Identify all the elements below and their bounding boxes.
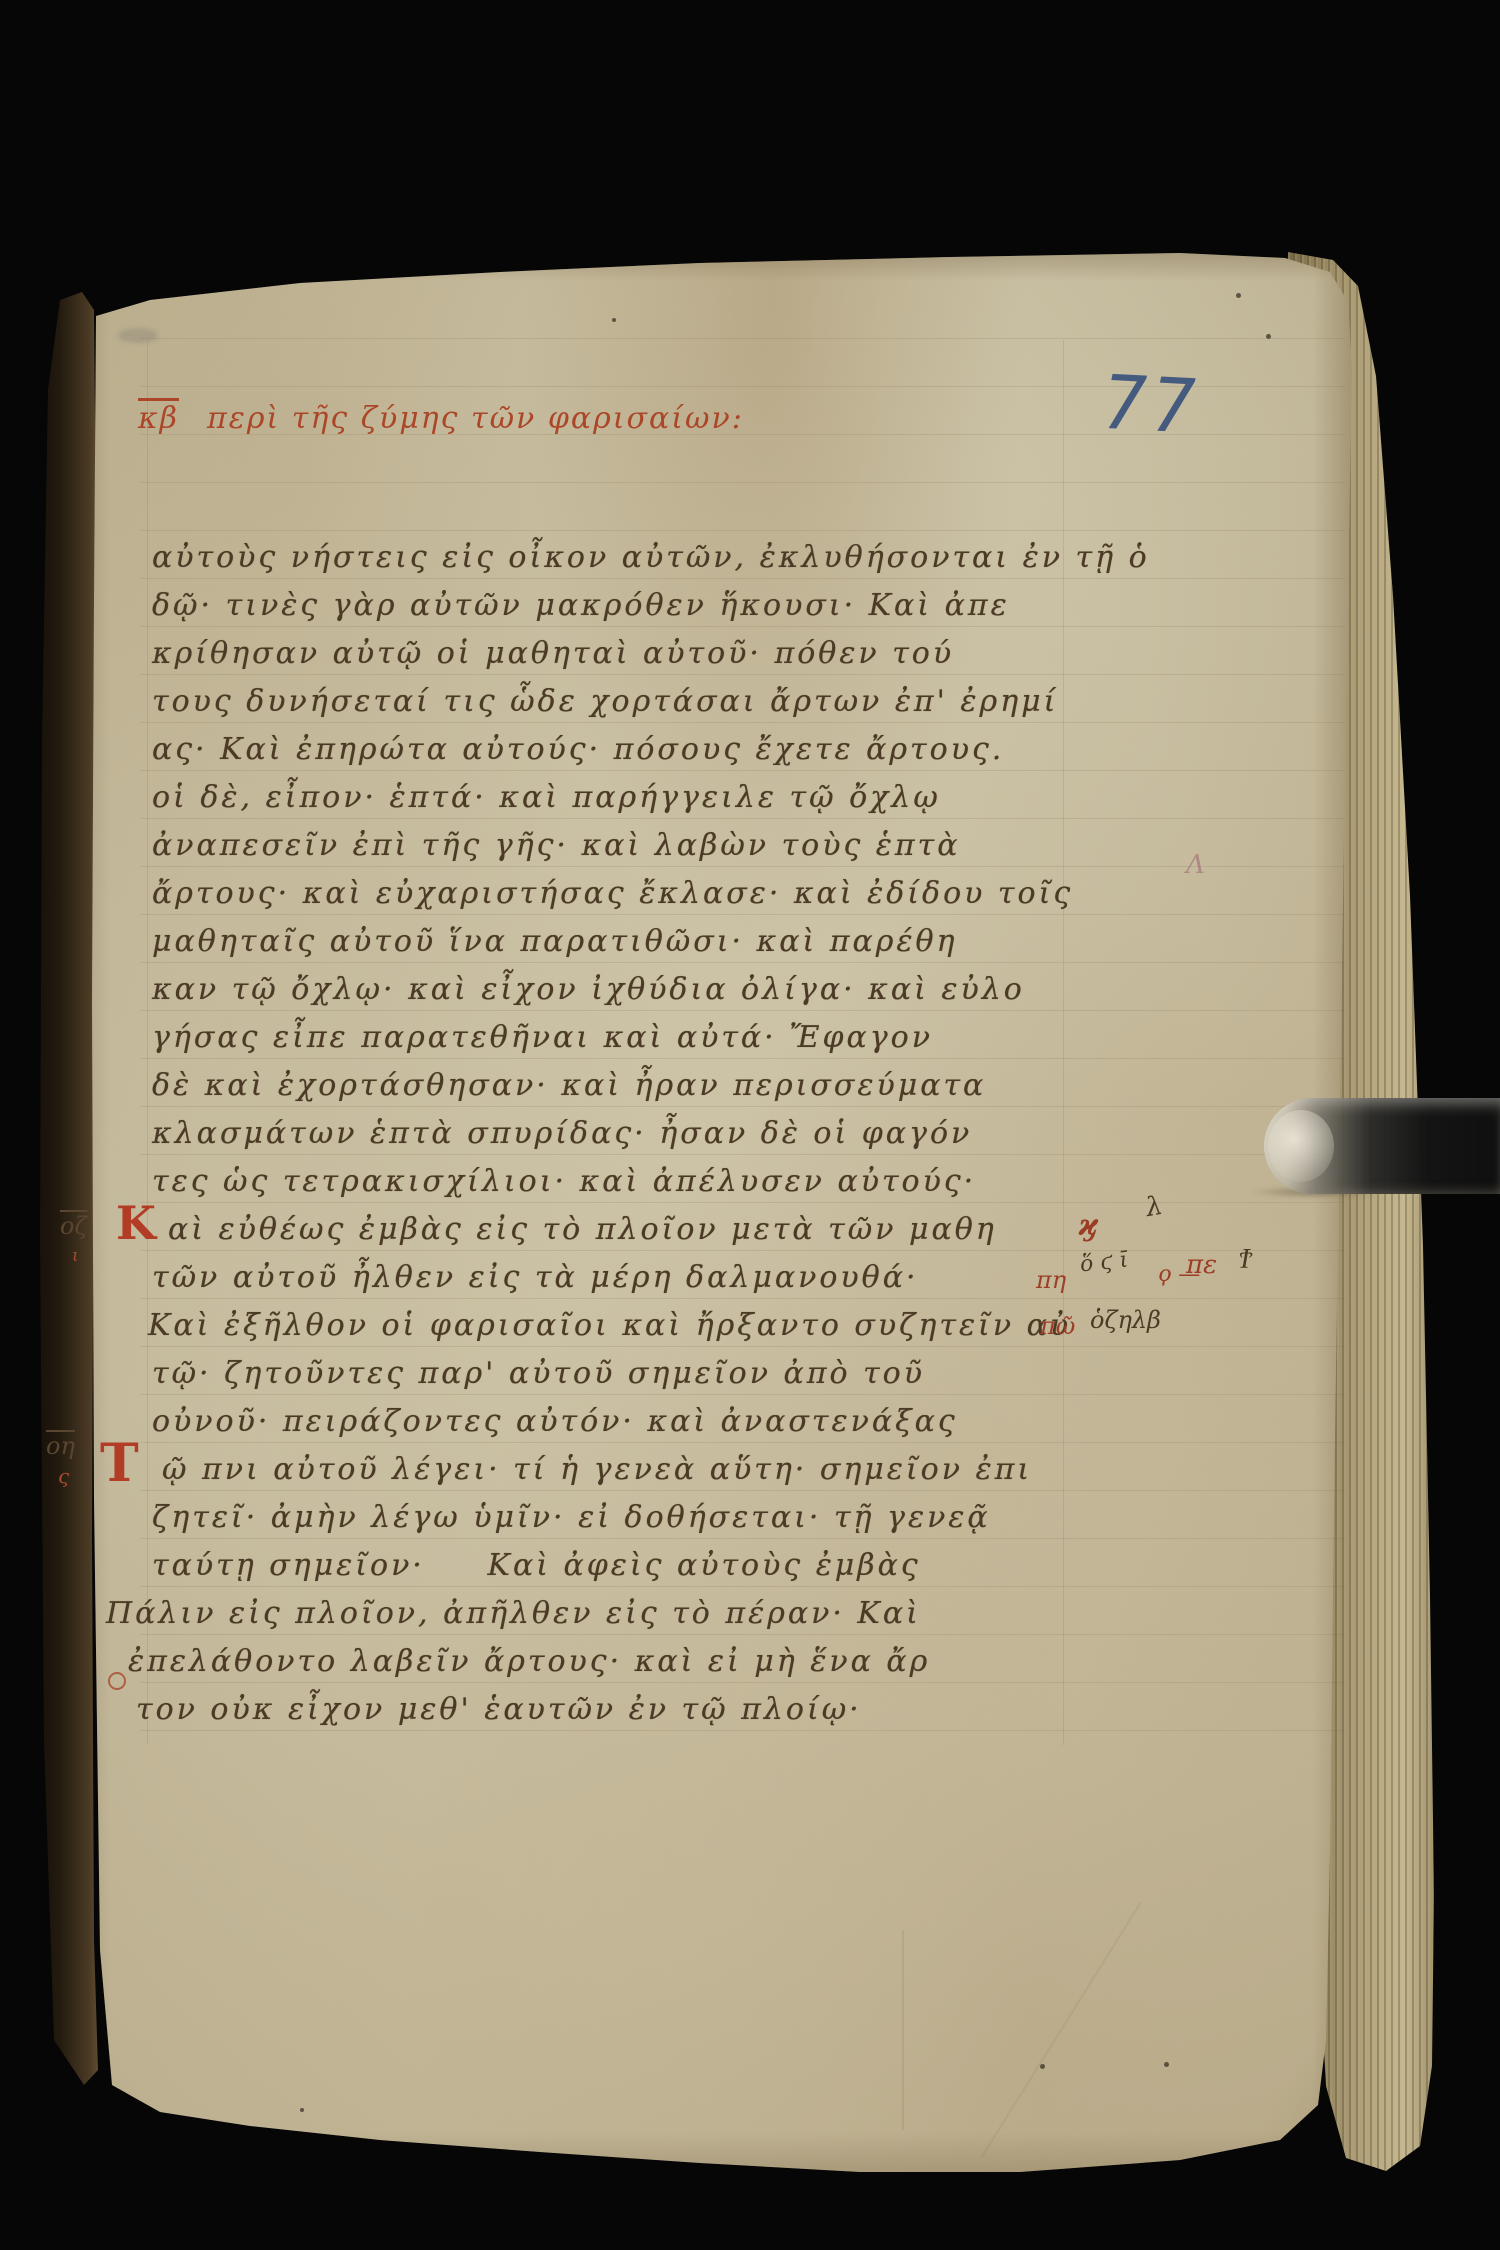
margin-gloss-mid-red: πη (1036, 1266, 1066, 1294)
margin-gloss-bottom-dark: ὁζηλβ (1090, 1306, 1161, 1334)
text-line-2: δῷ· τινὲς γὰρ αὐτῶν μακρόθεν ἥκουσι· Καὶ… (152, 588, 1010, 623)
text-line-1: αὐτοὺς νήστεις εἰς οἶκον αὐτῶν, ἐκλυθήσο… (152, 540, 1150, 575)
text-line-8: ἄρτους· καὶ εὐχαριστήσας ἔκλασε· καὶ ἐδί… (152, 876, 1073, 911)
ammonian-section-77-canon: ι (72, 1246, 79, 1266)
text-line-23: Πάλιν εἰς πλοῖον, ἀπῆλθεν εἰς τὸ πέραν· … (106, 1596, 921, 1631)
text-line-24: ἐπελάθοντο λαβεῖν ἄρτους· καὶ εἰ μὴ ἕνα … (128, 1644, 930, 1679)
text-line-25: τον οὐκ εἶχον μεθ' ἑαυτῶν ἐν τῷ πλοίῳ· (136, 1692, 862, 1727)
ammonian-section-78-canon: ς (58, 1464, 69, 1488)
speck (1236, 293, 1241, 298)
text-line-10: καν τῷ ὄχλῳ· καὶ εἶχον ἰχθύδια ὀλίγα· κα… (152, 972, 1025, 1007)
text-line-12: δὲ καὶ ἐχορτάσθησαν· καὶ ἦραν περισσεύμα… (152, 1068, 986, 1103)
text-line-21: ζητεῖ· ἀμὴν λέγω ὑμῖν· εἰ δοθήσεται· τῇ … (152, 1500, 991, 1535)
text-line-11: γήσας εἶπε παρατεθῆναι καὶ αὐτά· Ἔφαγον (152, 1020, 933, 1055)
gray-smudge (118, 328, 158, 343)
initial-kappa: Κ (116, 1200, 156, 1246)
speck (1266, 334, 1271, 339)
text-line-14: τες ὡς τετρακισχίλιοι· καὶ ἀπέλυσεν αὐτο… (152, 1164, 976, 1199)
margin-gloss-mid-dark: ὅ ϛ ῑ (1079, 1248, 1130, 1278)
photo-background: κβπερὶ τῆς ζύμης τῶν φαρισαίων: 77 αὐτοὺ… (0, 0, 1500, 2250)
text-line-4: τους δυνήσεταί τις ὧδε χορτάσαι ἄρτων ἐπ… (152, 684, 1058, 719)
text-line-16: τῶν αὐτοῦ ἦλθεν εἰς τὰ μέρη δαλμανουθά· (152, 1260, 919, 1295)
text-line-6: οἱ δὲ, εἶπον· ἑπτά· καὶ παρήγγειλε τῷ ὄχ… (152, 780, 941, 815)
text-line-5: ας· Καὶ ἐπηρώτα αὐτούς· πόσους ἔχετε ἄρτ… (152, 732, 1004, 767)
speck (300, 2108, 304, 2112)
text-line-19: οὐνοῦ· πειράζοντες αὐτόν· καὶ ἀναστενάξα… (152, 1404, 958, 1439)
text-line-17: Καὶ ἐξῆλθον οἱ φαρισαῖοι καὶ ἤρξαντο συζ… (148, 1308, 1071, 1343)
speck (1164, 2062, 1169, 2067)
text-line-20: ῷ πνι αὐτοῦ λέγει· τί ἡ γενεὰ αὕτη· σημε… (162, 1452, 1032, 1487)
initial-tau: Τ (100, 1438, 139, 1490)
text-line-15: αὶ εὐθέως ἐμβὰς εἰς τὸ πλοῖον μετὰ τῶν μ… (168, 1212, 997, 1247)
margin-gloss-top-red: ϗ (1078, 1208, 1098, 1243)
chapter-number: κβ (138, 401, 179, 436)
ammonian-section-77: οζ (60, 1212, 87, 1240)
text-line-22: ταύτῃ σημεῖον· Καὶ ἀφεὶς αὐτοὺς ἐμβὰς (152, 1548, 921, 1583)
crease-vertical (902, 1930, 904, 2130)
margin-gloss-bottom-red: πῶ (1040, 1312, 1075, 1340)
text-line-13: κλασμάτων ἑπτὰ σπυρίδας· ἦσαν δὲ οἱ φαγό… (152, 1116, 972, 1151)
red-ring-ornament (108, 1672, 126, 1690)
text-line-9: μαθηταῖς αὐτοῦ ἵνα παρατιθῶσι· καὶ παρέθ… (152, 924, 958, 959)
folio-number: 77 (1091, 359, 1206, 450)
text-line-18: τῷ· ζητοῦντες παρ' αὐτοῦ σημεῖον ἀπὸ τοῦ (152, 1356, 925, 1391)
glass-page-weight (1264, 1098, 1500, 1194)
text-line-7: ἀναπεσεῖν ἐπὶ τῆς γῆς· καὶ λαβὼν τοὺς ἑπ… (152, 828, 960, 863)
ruling-line-vertical-left (147, 340, 148, 1745)
ammonian-section-78: οη (46, 1432, 75, 1460)
chapter-rubric: κβπερὶ τῆς ζύμης τῶν φαρισαίων: (138, 401, 744, 436)
glass-rod-tip (1268, 1110, 1334, 1182)
faint-margin-mark: Λ (1186, 850, 1205, 880)
chapter-title: περὶ τῆς ζύμης τῶν φαρισαίων: (207, 401, 744, 436)
margin-gloss-mid-red2: ϙ — (1158, 1262, 1200, 1287)
telos-mark: Ϯ (1240, 1242, 1251, 1276)
text-line-3: κρίθησαν αὐτῷ οἱ μαθηταὶ αὐτοῦ· πόθεν το… (152, 636, 954, 671)
speck (612, 318, 616, 322)
speck (1040, 2064, 1045, 2069)
